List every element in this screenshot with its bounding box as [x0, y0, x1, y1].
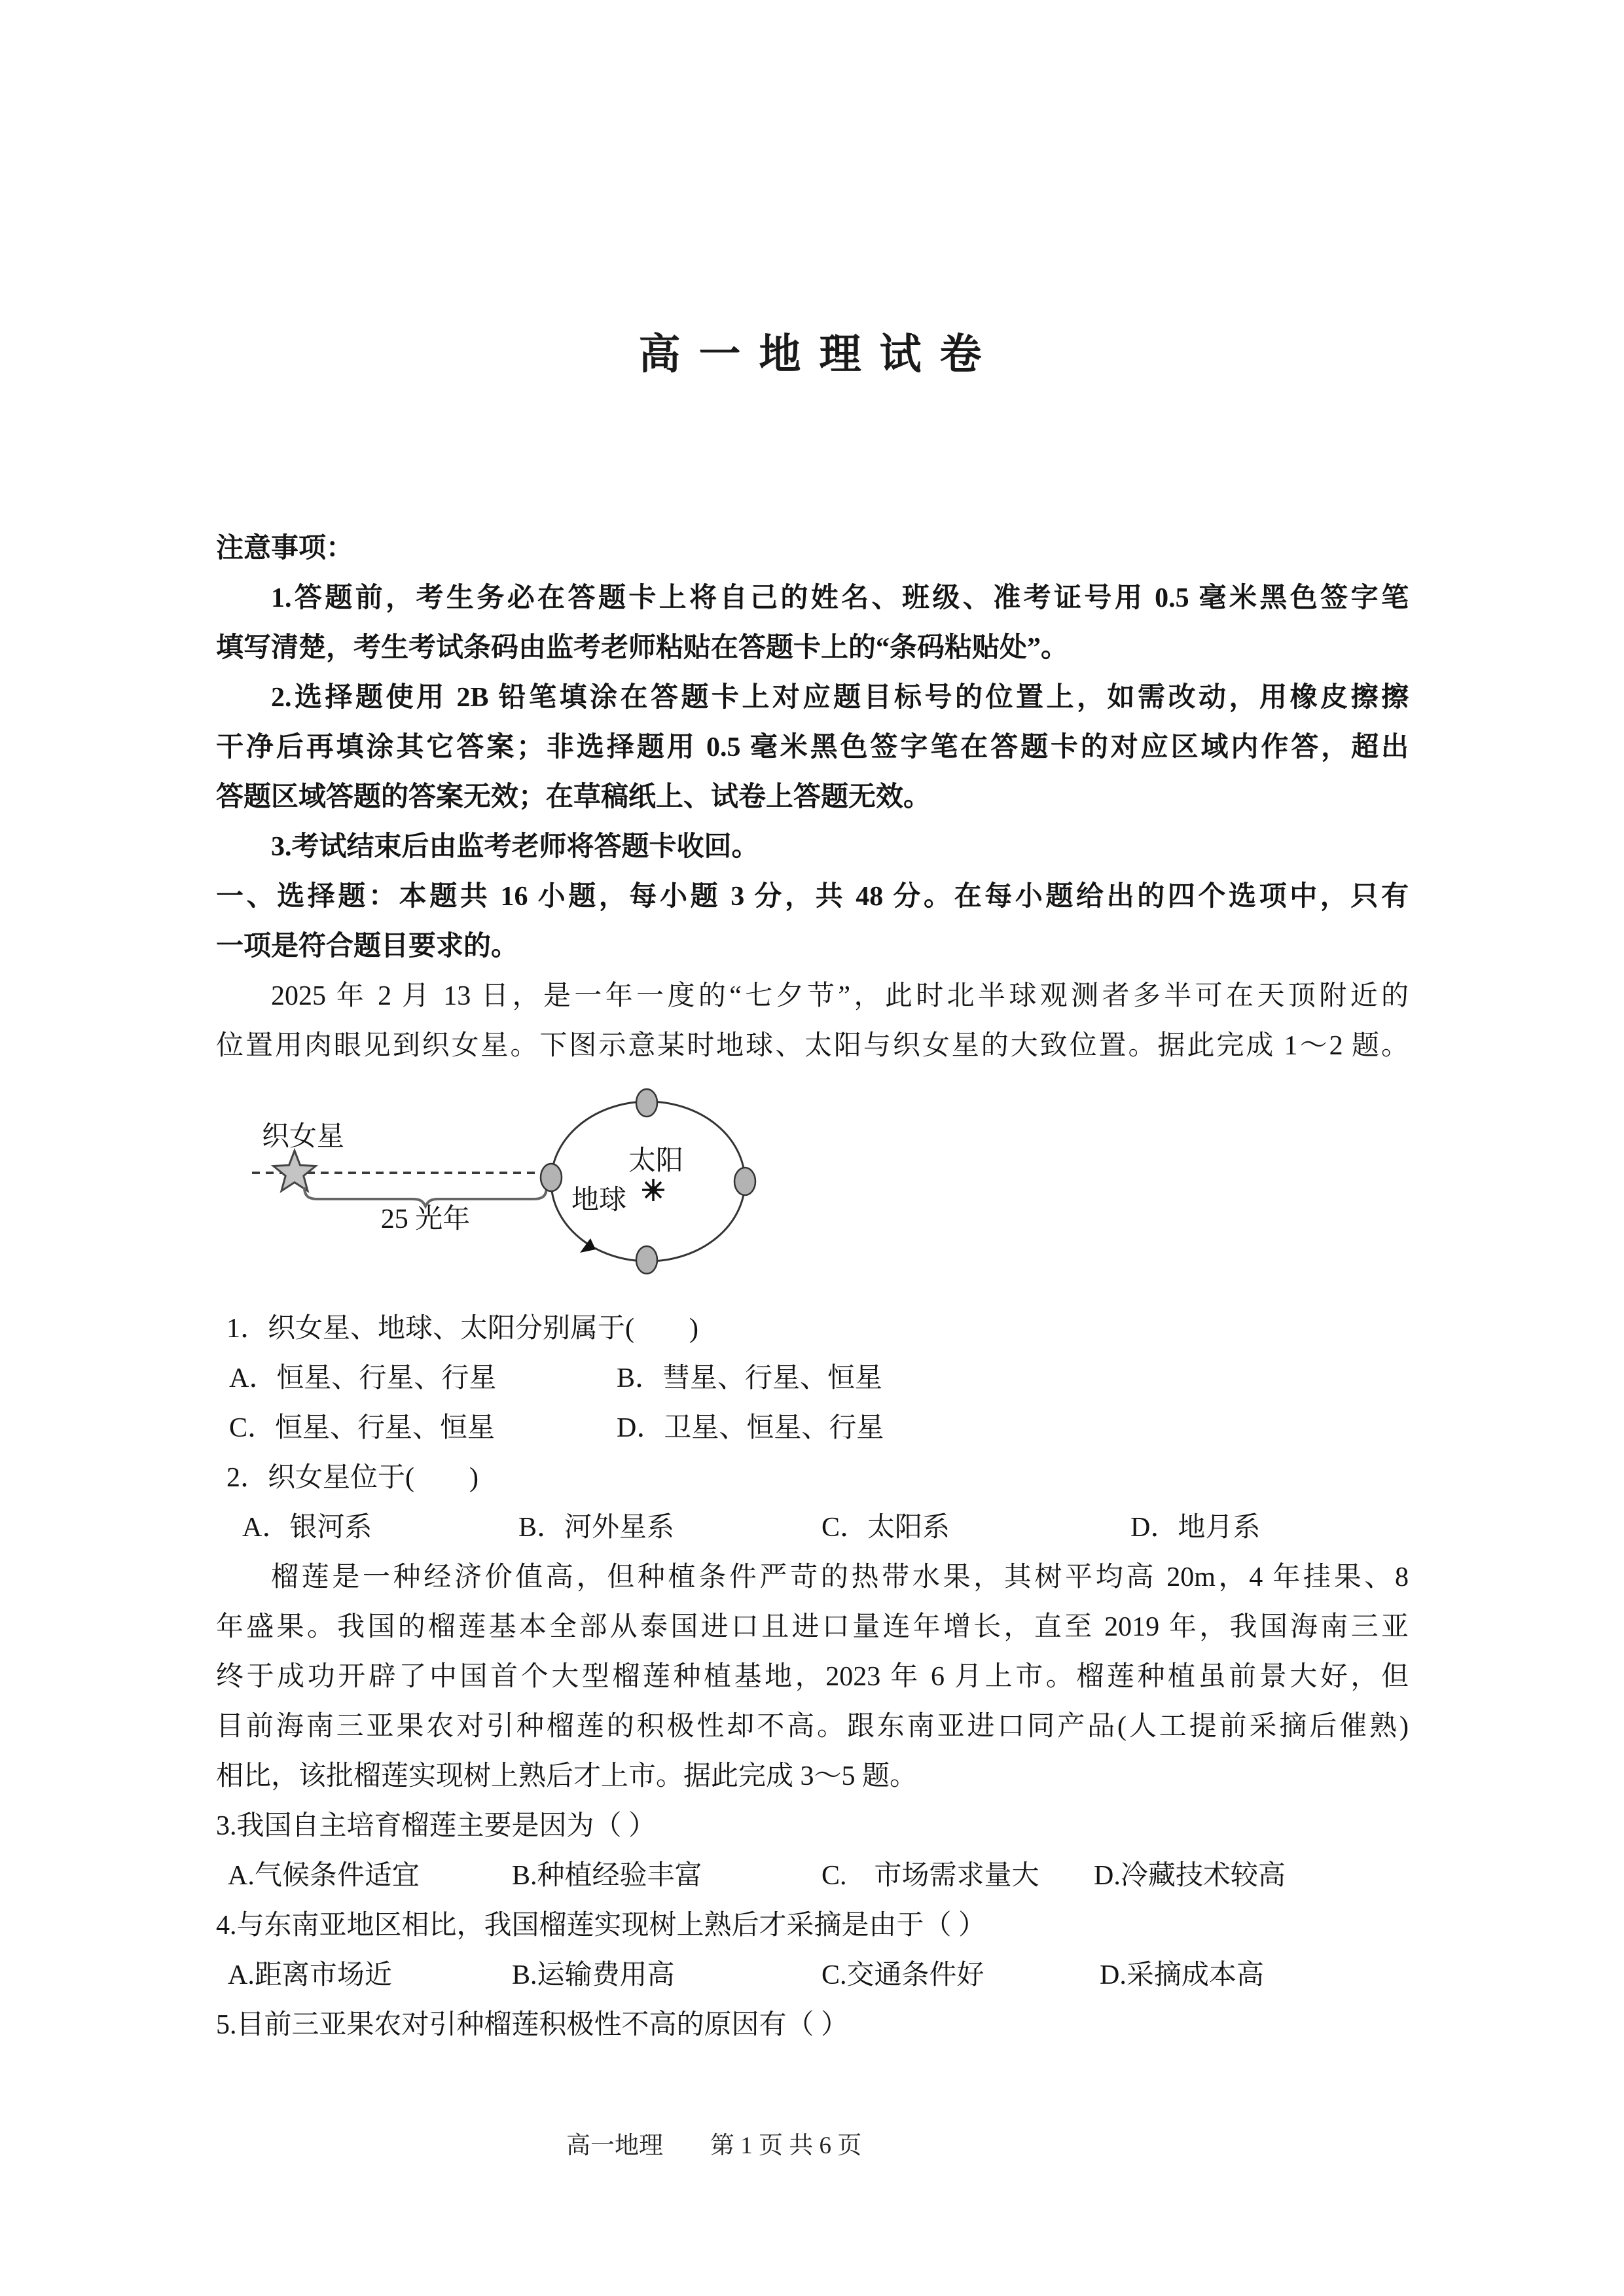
vega-star-icon [274, 1151, 316, 1191]
option-row: C．恒星、行星、恒星 D．卫星、恒星、行星 [216, 1403, 1409, 1453]
option-item: B．彗星、行星、恒星 [617, 1354, 882, 1403]
question-stem: 1．织女星、地球、太阳分别属于( ) [216, 1304, 1409, 1354]
vega-label: 织女星 [262, 1122, 344, 1152]
option-row: A．恒星、行星、行星 B．彗星、行星、恒星 [216, 1354, 1409, 1403]
astronomy-diagram: 织女星 25 光年 地球 太阳 [216, 1088, 1409, 1304]
question-stem: 5.目前三亚果农对引种榴莲积极性不高的原因有（ ） [216, 2000, 1409, 2050]
page-footer: 高一地理 第 1 页 共 6 页 [566, 2125, 861, 2161]
passage-line: 2025 年 2 月 13 日，是一年一度的“七夕节”，此时北半球观测者多半可在… [216, 971, 1409, 1021]
footer-page-number: 第 1 页 共 6 页 [710, 2125, 861, 2161]
option-item: C．恒星、行星、恒星 [229, 1403, 495, 1453]
notice-line: 答题区域答题的答案无效；在草稿纸上、试卷上答题无效。 [216, 772, 1409, 822]
earth-position-right [734, 1168, 755, 1195]
notice-heading: 注意事项： [216, 524, 1409, 573]
option-item: A.气候条件适宜 [228, 1851, 420, 1901]
question-stem: 3.我国自主培育榴莲主要是因为（ ） [216, 1801, 1409, 1851]
option-row: A.气候条件适宜 B.种植经验丰富 C. 市场需求量大 D.冷藏技术较高 [216, 1851, 1409, 1901]
sun-icon [642, 1179, 664, 1201]
option-row: A．银河系 B．河外星系 C．太阳系 D．地月系 [216, 1503, 1409, 1552]
page-title: 高 一 地 理 试 卷 [0, 321, 1624, 381]
option-item: A.距离市场近 [228, 1950, 392, 2000]
passage-line: 位置用肉眼见到织女星。下图示意某时地球、太阳与织女星的大致位置。据此完成 1～2… [216, 1021, 1409, 1071]
passage-line: 年盛果。我国的榴莲基本全部从泰国进口且进口量连年增长，直至 2019 年，我国海… [216, 1602, 1409, 1652]
notice-line: 填写清楚，考生考试条码由监考老师粘贴在答题卡上的“条码粘贴处”。 [216, 623, 1409, 673]
distance-brace [304, 1187, 547, 1206]
option-item: C．太阳系 [821, 1503, 950, 1552]
question-stem: 4.与东南亚地区相比，我国榴莲实现树上熟后才采摘是由于（ ） [216, 1901, 1409, 1950]
passage-line: 榴莲是一种经济价值高，但种植条件严苛的热带水果，其树平均高 20m，4 年挂果、… [216, 1552, 1409, 1602]
exam-body: 注意事项： 1.答题前，考生务必在答题卡上将自己的姓名、班级、准考证号用 0.5… [216, 524, 1409, 2050]
section-header-line: 一项是符合题目要求的。 [216, 922, 1409, 971]
sun-label: 太阳 [628, 1146, 683, 1176]
option-item: B．河外星系 [518, 1503, 674, 1552]
earth-position-left [541, 1164, 562, 1191]
notice-line: 1.答题前，考生务必在答题卡上将自己的姓名、班级、准考证号用 0.5 毫米黑色签… [216, 573, 1409, 623]
exam-paper-page: { "title": "高 一 地 理 试 卷", "notice": { "h… [0, 0, 1624, 2296]
notice-line: 2.选择题使用 2B 铅笔填涂在答题卡上对应题目标号的位置上，如需改动，用橡皮擦… [216, 673, 1409, 723]
passage-line: 相比，该批榴莲实现树上熟后才上市。据此完成 3～5 题。 [216, 1751, 1409, 1801]
section-header-line: 一、选择题：本题共 16 小题，每小题 3 分，共 48 分。在每小题给出的四个… [216, 872, 1409, 922]
option-item: D.冷藏技术较高 [1094, 1851, 1286, 1901]
option-item: D．卫星、恒星、行星 [617, 1403, 884, 1453]
option-item: D.采摘成本高 [1100, 1950, 1264, 2000]
option-item: D．地月系 [1130, 1503, 1260, 1552]
earth-position-bottom [636, 1246, 657, 1274]
option-item: A．银河系 [242, 1503, 372, 1552]
distance-label: 25 光年 [381, 1204, 471, 1234]
option-item: B.运输费用高 [512, 1950, 675, 2000]
option-item: B.种植经验丰富 [512, 1851, 702, 1901]
option-item: C. 市场需求量大 [821, 1851, 1039, 1901]
passage-line: 终于成功开辟了中国首个大型榴莲种植基地，2023 年 6 月上市。榴莲种植虽前景… [216, 1652, 1409, 1702]
earth-label: 地球 [571, 1185, 626, 1215]
footer-course: 高一地理 [566, 2125, 663, 2161]
passage-line: 目前海南三亚果农对引种榴莲的积极性却不高。跟东南亚进口同产品(人工提前采摘后催熟… [216, 1702, 1409, 1751]
option-item: A．恒星、行星、行星 [229, 1354, 496, 1403]
question-stem: 2．织女星位于( ) [216, 1453, 1409, 1503]
earth-position-top [636, 1089, 657, 1117]
option-item: C.交通条件好 [821, 1950, 984, 2000]
notice-line: 干净后再填涂其它答案；非选择题用 0.5 毫米黑色签字笔在答题卡的对应区域内作答… [216, 723, 1409, 772]
option-row: A.距离市场近 B.运输费用高 C.交通条件好 D.采摘成本高 [216, 1950, 1409, 2000]
earth-orbit [551, 1102, 745, 1261]
notice-line: 3.考试结束后由监考老师将答题卡收回。 [216, 822, 1409, 872]
